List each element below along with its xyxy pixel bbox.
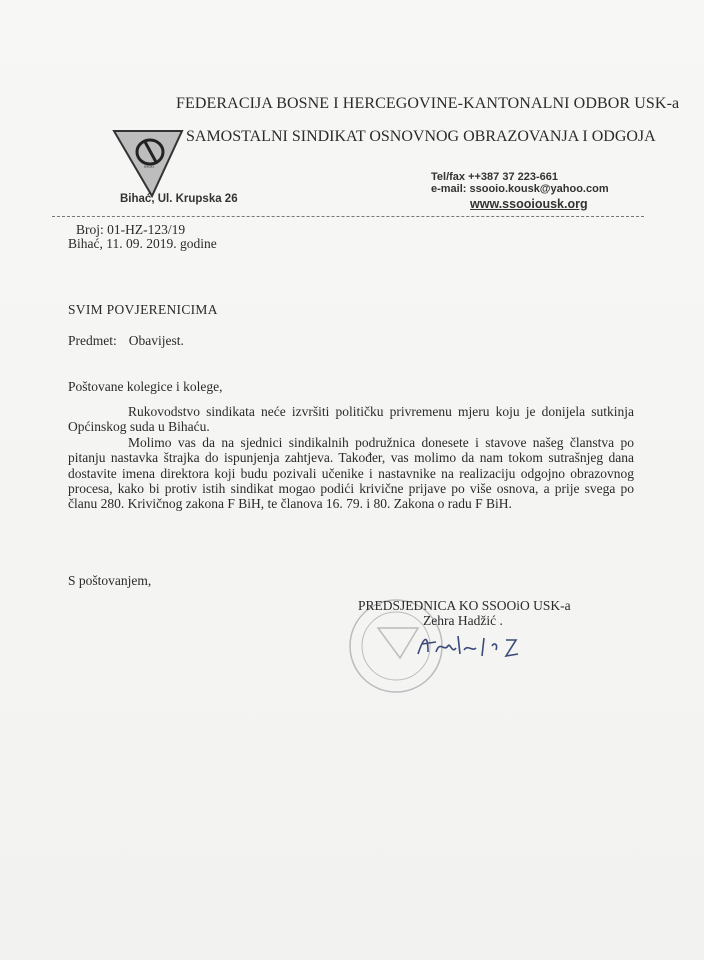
- subject-value: Obavijest.: [129, 333, 184, 348]
- subject-line: Predmet:Obavijest.: [68, 333, 184, 349]
- paragraph: Molimo vas da na sjednici sindikalnih po…: [68, 435, 634, 512]
- letter-body: Rukovodstvo sindikata neće izvršiti poli…: [68, 404, 634, 512]
- letterhead-website[interactable]: www.ssooiousk.org: [470, 197, 588, 211]
- letterhead-union-name: SAMOSTALNI SINDIKAT OSNOVNOG OBRAZOVANJA…: [186, 128, 656, 146]
- triangle-logo-icon: SSOO: [112, 128, 184, 198]
- letterhead-address: Bihać, Ul. Krupska 26: [120, 193, 238, 205]
- greeting: Poštovane kolegice i kolege,: [68, 379, 222, 395]
- letterhead-divider: [52, 216, 644, 217]
- letterhead-email[interactable]: e-mail: ssooio.kousk@yahoo.com: [431, 183, 609, 195]
- signature-title: PREDSJEDNICA KO SSOOiO USK-a: [358, 598, 571, 614]
- signature-name: Zehra Hadžić .: [423, 613, 503, 629]
- letterhead-federation: FEDERACIJA BOSNE I HERCEGOVINE-KANTONALN…: [176, 95, 679, 113]
- handwritten-signature-icon: [414, 630, 524, 662]
- reference-date: Bihać, 11. 09. 2019. godine: [68, 236, 217, 252]
- closing: S poštovanjem,: [68, 573, 151, 589]
- svg-text:SSOO: SSOO: [144, 164, 154, 169]
- recipient: SVIM POVJERENICIMA: [68, 302, 218, 318]
- subject-label: Predmet:: [68, 333, 117, 348]
- letter-page: SSOO FEDERACIJA BOSNE I HERCEGOVINE-KANT…: [0, 0, 704, 960]
- letterhead-telfax: Tel/fax ++387 37 223-661: [431, 171, 558, 183]
- paragraph: Rukovodstvo sindikata neće izvršiti poli…: [68, 404, 634, 435]
